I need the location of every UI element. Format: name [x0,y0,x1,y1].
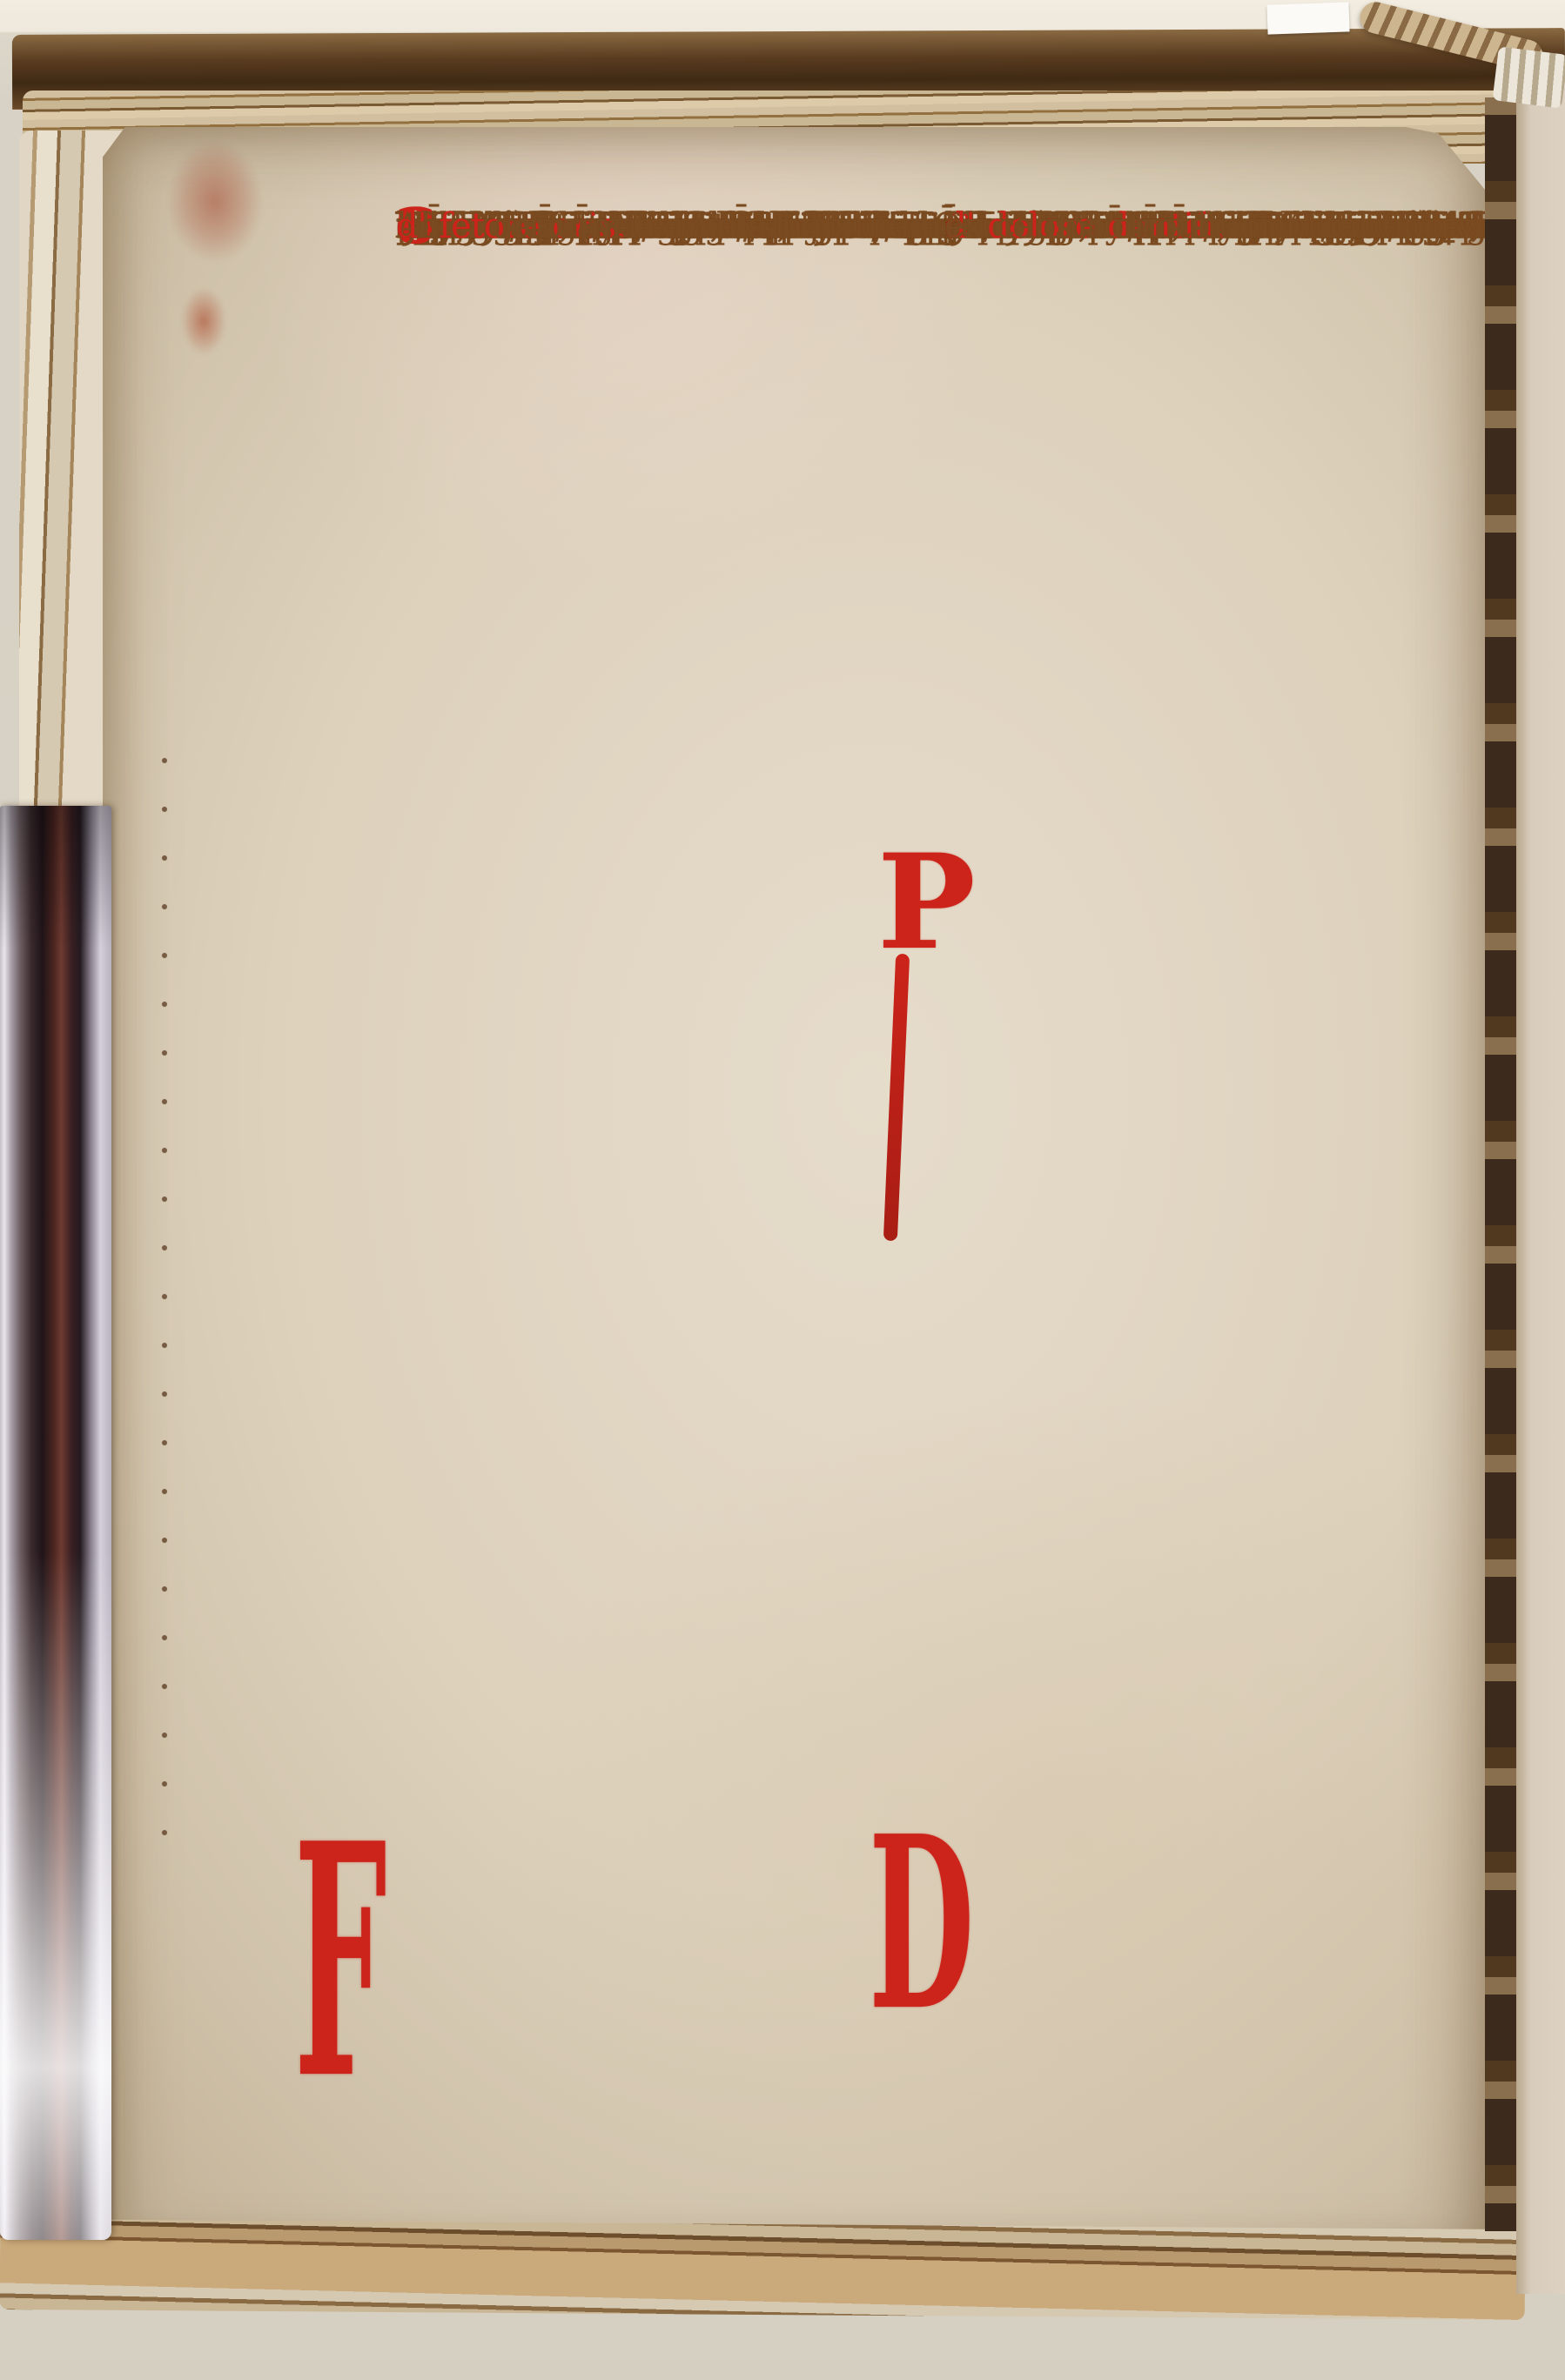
drop-cap-F: F [294,1803,387,2123]
ink-text: ex calis' t' fris hūorib'. ab ip̄o ven [944,203,1517,251]
paper-slip-insert [1266,2,1349,34]
endband-braid [1493,46,1565,108]
text-line: oris qn̄; ex mala habitudine [396,203,492,251]
metal-bar-highlight [0,806,111,2240]
manuscript-photo: aroāticay spēz tria. h̄ plius locicōrosi… [0,0,1565,2380]
bottom-page-stack-edges [0,2219,1525,2320]
pricking-holes [160,755,169,1860]
ink-text: oris qn̄; ex mala habitudine [492,203,962,251]
ink-stain-left-margin [181,287,226,355]
drop-cap-P: P [877,837,976,968]
drop-cap-D: D [869,1807,974,2044]
ink-stain-top-margin [167,141,263,263]
facing-leaf-edge [1516,77,1565,2294]
